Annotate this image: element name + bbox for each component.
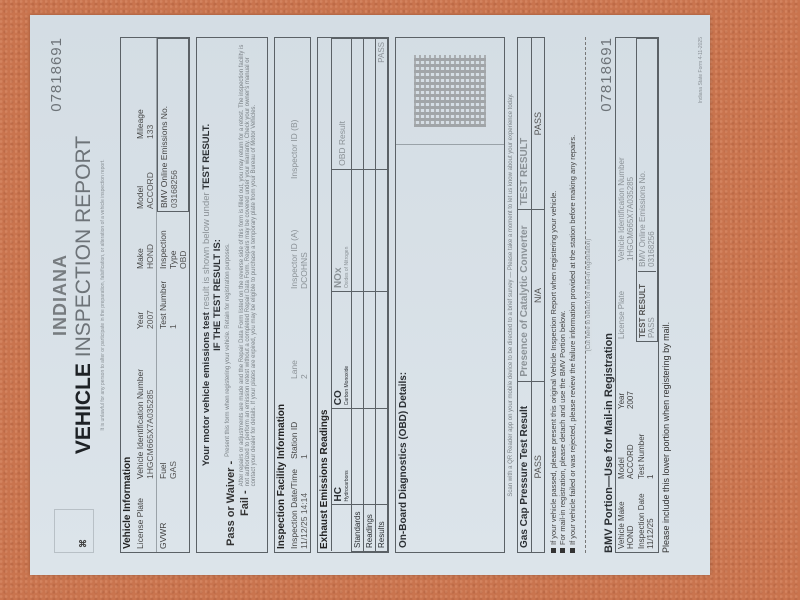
test-number-field: Test Number1 — [157, 272, 189, 332]
license-plate-field: License Plate — [134, 482, 156, 552]
table-row: Readings — [364, 39, 376, 552]
inspection-datetime-field: Inspection Date/Time11/12/25 14:14 — [288, 462, 310, 552]
cut-line: (Cut here to detach for mail-in registra… — [585, 37, 596, 553]
form-number: Indiana State Form 4-11-2025 — [698, 37, 704, 103]
bmv-model-field: ModelACCORD — [616, 412, 636, 482]
bmv-plate-vin-field: License Plate Vehicle Identification Num… — [616, 38, 636, 342]
table-row: Standards — [352, 39, 364, 552]
bmv-portion-title: BMV Portion—Use for Mail-in Registration — [603, 333, 615, 553]
survey-scan-text: Scan with a QR Reader app on your mobile… — [508, 37, 514, 553]
bmv-test-number-field: Test Number1 — [636, 342, 658, 482]
serial-number: 07818691 — [48, 37, 65, 112]
fuel-field: FuelGAS — [157, 332, 189, 482]
test-result-value: PASS — [532, 38, 544, 209]
bmv-portion-header: BMV Portion—Use for Mail-in Registration… — [598, 37, 615, 553]
emissions-title: Exhaust Emissions Readings — [318, 38, 331, 552]
fail-instruction: Fail -After repairs or adjustments are m… — [239, 44, 257, 546]
bmv-inspection-date-field: Inspection Date11/12/25 — [636, 482, 658, 552]
bmv-result-field: TEST RESULTPASS BMV Online Emissions No.… — [636, 38, 658, 342]
bmv-footer-note: Please include this lower portion when r… — [661, 37, 671, 553]
test-result-instructions: Your motor vehicle emissions test result… — [196, 37, 268, 553]
model-field: ModelACCORD — [134, 142, 156, 212]
emissions-table: HCHydrocarbons COCarbon Monoxide NOxOxid… — [331, 38, 388, 552]
test-results-row: Gas Cap Pressure Test Result Presence of… — [517, 37, 545, 553]
bmv-portion-fields: Vehicle MakeHOND ModelACCORD Year2007 Li… — [615, 37, 659, 553]
bmv-emissions-no-field: BMV Online Emissions No.03168256 — [157, 38, 189, 212]
gvwr-field: GVWR — [157, 482, 189, 552]
if-test-result: IF THE TEST RESULT IS: — [212, 44, 223, 546]
report-title: VEHICLE INSPECTION REPORT — [72, 37, 96, 553]
co-header: COCarbon Monoxide — [332, 292, 352, 409]
inspection-type-field: Inspection TypeOBD — [157, 212, 189, 272]
inspection-report-paper: ⌘ INDIANA VEHICLE INSPECTION REPORT 0781… — [30, 15, 710, 575]
survey-qr-area — [396, 38, 504, 145]
nox-header: NOxOxides of Nitrogen — [332, 169, 352, 291]
bmv-year-field: Year2007 — [616, 342, 636, 412]
test-result-header: TEST RESULT — [518, 38, 532, 209]
catalytic-value: N/A — [532, 209, 544, 380]
list-item: If your vehicle passed, please present t… — [549, 37, 558, 553]
obd-details-title: On-Board Diagnostics (OBD) Details: — [396, 145, 504, 552]
inspector-a-field: Inspector ID (A)DCOHNS — [288, 182, 310, 292]
mileage-field: Mileage133 — [134, 38, 156, 142]
qr-code-icon[interactable] — [414, 55, 486, 127]
obd-result-header: OBD Result — [332, 39, 352, 170]
bmv-serial-number: 07818691 — [598, 37, 615, 112]
facility-title: Inspection Facility Information — [275, 38, 288, 552]
gas-cap-header: Gas Cap Pressure Test Result — [518, 381, 532, 552]
facility-section: Inspection Facility Information Inspecti… — [274, 37, 311, 553]
bmv-make-field: Vehicle MakeHOND — [616, 482, 636, 552]
catalytic-header: Presence of Catalytic Converter — [518, 209, 532, 380]
hc-header: HCHydrocarbons — [332, 409, 352, 505]
lane-field: Lane2 — [288, 292, 310, 382]
vehicle-info-section: Vehicle Information License Plate Vehicl… — [120, 37, 190, 553]
instructions-list: If your vehicle passed, please present t… — [549, 37, 577, 553]
year-field: Year2007 — [134, 272, 156, 332]
result-intro: Your motor vehicle emissions test result… — [201, 44, 212, 546]
obd-details-section: On-Board Diagnostics (OBD) Details: — [395, 37, 505, 553]
list-item: If your vehicle failed or was rejected, … — [568, 37, 577, 553]
table-row: ResultsPASS — [376, 39, 388, 552]
make-field: MakeHOND — [134, 212, 156, 272]
station-id-field: Station ID1 — [288, 382, 310, 462]
vin-field: Vehicle Identification Number1HGCM665X7A… — [134, 332, 156, 482]
obd-result-value: PASS — [376, 39, 388, 170]
pass-instruction: Pass or Waiver -Present this form when r… — [225, 44, 237, 546]
state-name: INDIANA — [50, 37, 71, 553]
emissions-section: Exhaust Emissions Readings HCHydrocarbon… — [317, 37, 389, 553]
report-header: ⌘ INDIANA VEHICLE INSPECTION REPORT 0781… — [48, 37, 114, 553]
list-item: For mail-in registration, please detach … — [558, 37, 567, 553]
vehicle-info-title: Vehicle Information — [121, 38, 134, 552]
fine-print: It is unlawful for any person to alter o… — [100, 37, 106, 553]
inspector-b-field: Inspector ID (B) — [288, 38, 310, 182]
gas-cap-value: PASS — [532, 381, 544, 552]
